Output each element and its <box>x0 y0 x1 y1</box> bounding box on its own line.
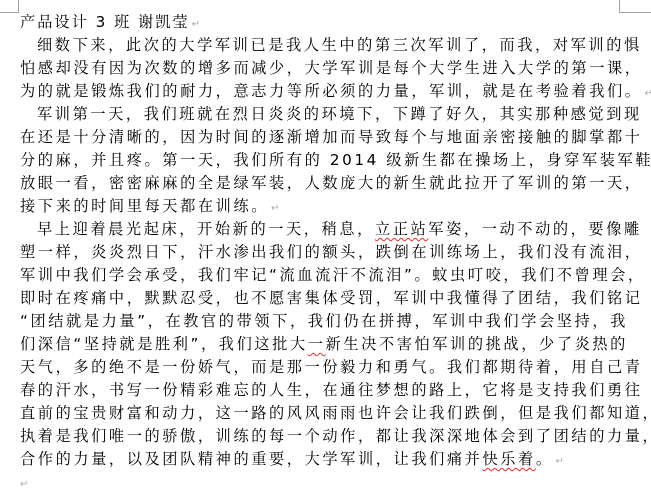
paragraph-mark-icon: ↵ <box>645 88 651 99</box>
paragraph-1-line-1: 细数下来，此次的大学军训已是我人生中的第三次军训了，而我，对军训的惧 <box>20 34 620 57</box>
spellcheck-flag[interactable]: 一 <box>308 335 326 353</box>
paragraph-3-line-4: 即时在疼痛中，默默忍受，也不愿害集体受罚，军训中我懂得了团结，我们铭记 <box>20 287 620 310</box>
paragraph-2-line-4: 放眼一看，密密麻麻的全是绿军装，人数庞大的新生就此拉开了军训的第一天， <box>20 172 620 195</box>
paragraph-2-line-3: 分的麻，并且疼。第一天，我们所有的 2014 级新生都在操场上，身穿军装军鞋， <box>20 149 620 172</box>
spellcheck-flag[interactable]: 快乐着 <box>482 450 535 468</box>
page-corner-mark-left <box>0 0 19 13</box>
paragraph-3-line-3: 军训中我们学会承受，我们牢记“流血流汗不流泪”。蚊虫叮咬，我们不曾理会， <box>20 264 620 287</box>
paragraph-3-line-11: 合作的力量，以及团队精神的重要，大学军训，让我们痛并快乐着。↵ <box>20 448 620 471</box>
paragraph-3-line-7: 天气，多的绝不是一份娇气，而是那一份毅力和勇气。我们都期待着，用自己青 <box>20 356 620 379</box>
paragraph-3-line-5: “团结就是力量”，在教官的带领下，我们仍在拼搏，军训中我们学会坚持，我 <box>20 310 620 333</box>
empty-paragraph: ↵ <box>20 471 620 493</box>
paragraph-1-line-2: 怕感却没有因为次数的增多而减少，大学军训是每个大学生进入大学的第一课， <box>20 57 620 80</box>
paragraph-1-line-3: 为的就是锻炼我们的耐力，意志力等所必须的力量，军训，就是在考验着我们。↵ <box>20 80 620 103</box>
title-text: 产品设计 3 班 谢凯莹 <box>20 13 190 31</box>
paragraph-2-line-5: 接下来的时间里每天都在训练。↵ <box>20 195 620 218</box>
paragraph-2-line-2: 在还是十分清晰的，因为时间的逐渐增加而导致每个与地面亲密接触的脚掌都十 <box>20 126 620 149</box>
document-title: 产品设计 3 班 谢凯莹↵ <box>20 11 620 34</box>
spellcheck-flag[interactable]: 立正站 <box>375 220 428 238</box>
paragraph-mark-icon: ↵ <box>271 203 279 214</box>
page-corner-mark-right <box>619 0 651 13</box>
paragraph-2-line-1: 军训第一天，我们班就在烈日炎炎的环境下，下蹲了好久，其实那种感觉到现 <box>20 103 620 126</box>
paragraph-3-line-1: 早上迎着晨光起床，开始新的一天，稍息，立正站军姿，一动不动的，要像雕 <box>20 218 620 241</box>
paragraph-3-line-9: 直前的宝贵财富和动力，这一路的风风雨雨也许会让我们跌倒，但是我们都知道， <box>20 402 620 425</box>
paragraph-mark-icon: ↵ <box>20 479 28 490</box>
paragraph-3-line-10: 执着是我们唯一的骄傲，训练的每一个动作，都让我深深地体会到了团结的力量， <box>20 425 620 448</box>
paragraph-3-line-6: 们深信“坚持就是胜利”，我们这批大一新生决不害怕军训的挑战，少了炎热的 <box>20 333 620 356</box>
paragraph-3-line-8: 春的汗水，书写一份精彩难忘的人生，在通往梦想的路上，它将是支持我们勇往 <box>20 379 620 402</box>
paragraph-mark-icon: ↵ <box>192 19 200 30</box>
paragraph-3-line-2: 塑一样，炎炎烈日下，汗水渗出我们的额头，跌倒在训练场上，我们没有流泪， <box>20 241 620 264</box>
paragraph-mark-icon: ↵ <box>556 456 564 467</box>
document-page[interactable]: 产品设计 3 班 谢凯莹↵ 细数下来，此次的大学军训已是我人生中的第三次军训了，… <box>20 11 620 493</box>
